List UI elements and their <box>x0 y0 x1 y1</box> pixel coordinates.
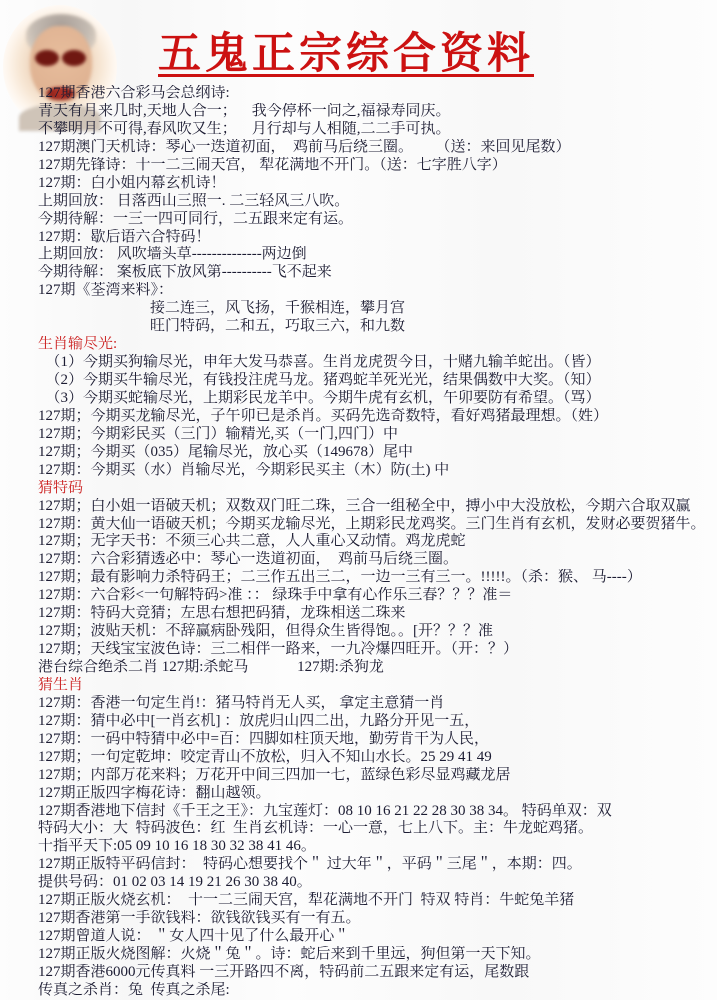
text-line: 不攀明月不可得,春风吹又生； 月行却与人相随,二二手可执。 <box>38 121 713 139</box>
text-line: 127期；内部万花来料；万花开中间三四加一七，蓝绿色彩尽显鸡藏龙居 <box>38 767 713 785</box>
text-line: 127期：歇后语六合特码！ <box>38 229 713 247</box>
sunglasses-right-lens-icon <box>62 50 86 66</box>
text-line: 127期正版四字梅花诗：翻山越领。 <box>38 785 713 803</box>
text-line: 127期：香港一句定生肖!：猪马特肖无人买， 拿定主意猜一肖 <box>38 695 713 713</box>
section-header: 猜特码 <box>38 480 713 498</box>
page-title: 五鬼正宗综合资料 <box>158 20 534 81</box>
text-line: （1）今期买狗输尽光，申年大发马恭喜。生肖龙虎贺今日，十赌九输羊蛇出。（皆） <box>38 354 713 372</box>
text-line: 上期回放： 日落西山三照一. 二三轻风三八吹。 <box>38 193 713 211</box>
text-line: 十指平天下:05 09 10 16 18 30 32 38 41 46。 <box>38 838 713 856</box>
section-header: 猜生肖 <box>38 677 713 695</box>
text-line: 127期香港地下信封《千王之王》：九宝莲灯：08 10 16 21 22 28 … <box>38 803 713 821</box>
text-line: 127期：猜中必中[一肖玄机] ：放虎归山四二出，九路分开见一五， <box>38 713 713 731</box>
text-line: 127期；今期彩民买（三门）输精光,买（一门,四门）中 <box>38 426 713 444</box>
text-line: 127期澳门天机诗：琴心一迭道初面， 鸡前马后绕三圈。 （送：来回见尾数） <box>38 139 713 157</box>
text-line: 港台综合绝杀二肖 127期:杀蛇马 127期:杀狗龙 <box>38 659 713 677</box>
text-line: 127期正版火烧图解：火烧＂兔＂。诗：蛇后来到千里远，狗但第一天下知。 <box>38 946 713 964</box>
text-line: 127期；天线宝宝波色诗：三二相伴一路来，一九冷爆四旺开。（开：？） <box>38 641 713 659</box>
section-header: 生肖输尽光: <box>38 336 713 354</box>
text-line: 127期香港第一手欲钱料：欲钱欲钱买有一有五。 <box>38 910 713 928</box>
text-line: 提供号码：01 02 03 14 19 21 26 30 38 40。 <box>38 874 713 892</box>
text-line: 今期待解：一三一四可同行，二五跟来定有运。 <box>38 211 713 229</box>
text-line: 今期待解： 案板底下放风第----------飞不起来 <box>38 264 713 282</box>
text-line: 127期：白小姐内幕玄机诗！ <box>38 175 713 193</box>
document-body: 127期香港六合彩马会总纲诗:青天有月来几时,天地人合一； 我今停杯一问之,福禄… <box>38 85 713 1000</box>
text-line: 127期曾道人说： ＂女人四十见了什么最开心＂ <box>38 928 713 946</box>
text-line: 127期；今期买（035）尾输尽光，放心买（149678）尾中 <box>38 444 713 462</box>
lottery-info-page: 五鬼正宗综合资料 127期香港六合彩马会总纲诗:青天有月来几时,天地人合一； 我… <box>0 0 717 1000</box>
text-line: 127期；最有影响力杀特码王；二三作五出三二，一边一三有三一。!!!!!。（杀：… <box>38 569 713 587</box>
text-line: 127期；波贴天机：不辞赢病卧残阳，但得众生皆得饱。。[开？？？准 <box>38 623 713 641</box>
text-line: 传真之杀肖：兔 传真之杀尾: <box>38 982 713 1000</box>
text-line: 127期；白小姐一语破天机；双数双门旺二珠，三合一组秘全中，搏小中大没放松，今期… <box>38 498 713 516</box>
text-line: 旺门特码，二和五，巧取三六，和九数 <box>38 318 713 336</box>
text-line: 接二连三，风飞扬，千猴相连，攀月宫 <box>38 300 713 318</box>
text-line: 127期香港六合彩马会总纲诗: <box>38 85 713 103</box>
text-line: 127期；今期买龙输尽光，子午卯已是杀肖。买码先选奇数特，看好鸡猪最理想。（姓） <box>38 408 713 426</box>
sunglasses-left-lens-icon <box>35 50 59 66</box>
text-line: 127期：黄大仙一语破天机；今期买龙输尽光，上期彩民龙鸡奖。三门生肖有玄机，发财… <box>38 516 713 534</box>
text-line: 127期：一码中特猜中必中=百：四脚如柱顶天地，勤劳肯干为人民， <box>38 731 713 749</box>
text-line: 127期；一句定乾坤：咬定青山不放松，归入不知山水长。25 29 41 49 <box>38 749 713 767</box>
text-line: 127期先锋诗：十一二三闹天宫， 犁花满地不开门。（送：七字胜八字） <box>38 157 713 175</box>
text-line: 青天有月来几时,天地人合一； 我今停杯一问之,福禄寿同庆。 <box>38 103 713 121</box>
text-line: 127期：六合彩<一句解特码>准 ：： 绿珠手中拿有心作乐三春？？？准＝ <box>38 587 713 605</box>
text-line: 127期：特码大竞猜；左思右想把码猜，龙珠相送二珠来 <box>38 605 713 623</box>
text-line: 127期正版特平码信封： 特码心想要找个＂ 过大年＂，平码＂三尾＂，本期：四。 <box>38 856 713 874</box>
text-line: 127期香港6000元传真料 一三开路四不离，特码前二五跟来定有运，尾数跟 <box>38 964 713 982</box>
text-line: 127期：六合彩猜透必中：琴心一迭道初面， 鸡前马后绕三圈。 <box>38 551 713 569</box>
text-line: 127期：今期买（水）肖输尽光，今期彩民买主（木）防(土) 中 <box>38 462 713 480</box>
text-line: 127期正版火烧玄机： 十一二三闹天宫，犁花满地不开门 特双 特肖：牛蛇兔羊猪 <box>38 892 713 910</box>
text-line: 特码大小：大 特码波色：红 生肖玄机诗：一心一意，七上八下。主：牛龙蛇鸡猪。 <box>38 820 713 838</box>
text-line: 上期回放： 风吹墙头草--------------两边倒 <box>38 246 713 264</box>
text-line: 127期《荃湾来料》： <box>38 282 713 300</box>
text-line: （2）今期买牛输尽光，有钱投注虎马龙。猪鸡蛇羊死光光，结果偶数中大奖。（知） <box>38 372 713 390</box>
text-line: （3）今期买蛇输尽光，上期彩民龙羊中。今期牛虎有玄机，午卯要防有希望。（骂） <box>38 390 713 408</box>
text-line: 127期；无字天书：不须三心共二意，人人重心又动情。鸡龙虎蛇 <box>38 533 713 551</box>
